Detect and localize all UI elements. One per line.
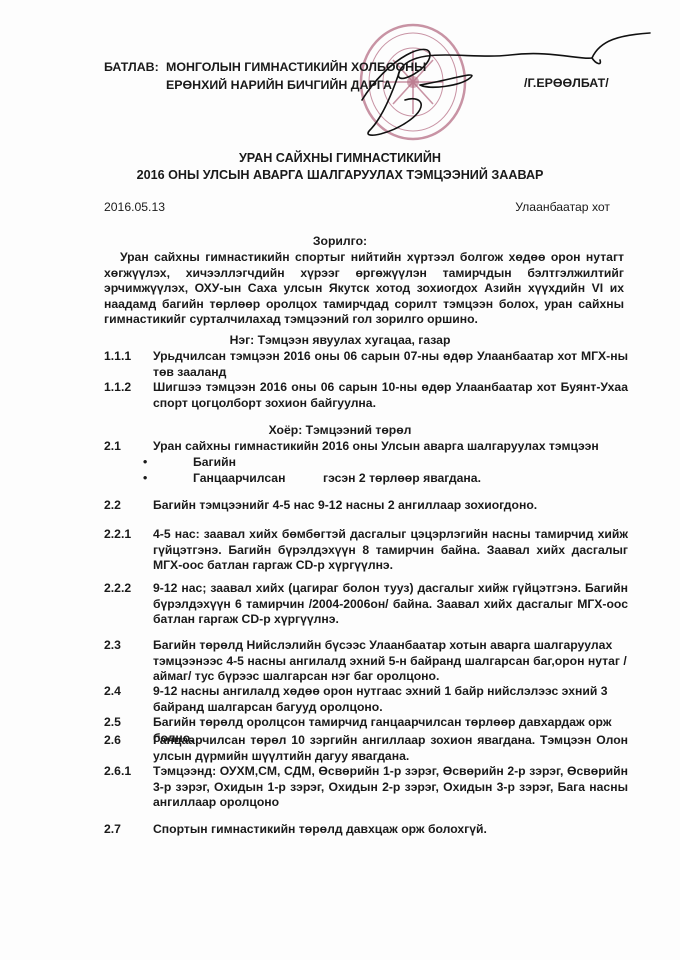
goal-text: Уран сайхны гимнастикийн спортыг нийтийн… (104, 250, 624, 328)
section2-item: 2.4 9-12 насны ангилалд хөдөө орон нутга… (104, 684, 628, 715)
type-bullet-list: • Багийн • Ганцаарчилсан гэсэн 2 төрлөөр… (143, 455, 481, 486)
section2-item: 2.6.1 Тэмцээнд: ОУХМ,СМ, СДМ, Өсвөрийн 1… (104, 764, 628, 811)
section1-item: 1.1.2 Шигшээ тэмцээн 2016 оны 06 сарын 1… (104, 380, 628, 411)
section2-item: 2.6 Ганцаарчилсан төрөл 10 зэргийн ангил… (104, 733, 628, 764)
section2-item: 2.2.1 4-5 нас: заавал хийх бөмбөгтэй дас… (104, 527, 628, 574)
signer-name: /Г.ЕРӨӨЛБАТ/ (524, 76, 609, 92)
section1-heading: Нэг: Тэмцээн явуулах хугацаа, газар (0, 333, 680, 349)
approve-label: БАТЛАВ: (104, 58, 166, 76)
goal-heading: Зорилго: (0, 234, 680, 250)
goal-paragraph: Уран сайхны гимнастикийн спортыг нийтийн… (104, 250, 624, 328)
document-title: УРАН САЙХНЫ ГИМНАСТИКИЙН 2016 ОНЫ УЛСЫН … (0, 150, 680, 184)
document-city: Улаанбаатар хот (515, 200, 610, 216)
section2-item: 2.7 Спортын гимнастикийн төрөлд давхцаж … (104, 822, 628, 838)
title-line2: 2016 ОНЫ УЛСЫН АВАРГА ШАЛГАРУУЛАХ ТЭМЦЭЭ… (0, 167, 680, 184)
section1-item: 1.1.1 Урьдчилсан тэмцээн 2016 оны 06 сар… (104, 349, 628, 380)
approver-line1: МОНГОЛЫН ГИМНАСТИКИЙН ХОЛБООНЫ (166, 60, 426, 74)
approval-block: БАТЛАВ:МОНГОЛЫН ГИМНАСТИКИЙН ХОЛБООНЫ ЕР… (104, 58, 426, 94)
bullet-item: • Ганцаарчилсан гэсэн 2 төрлөөр явагдана… (143, 471, 481, 487)
section2-item: 2.3 Багийн төрөлд Нийслэлийн бүсээс Улаа… (104, 638, 628, 685)
section2-item: 2.2 Багийн тэмцээнийг 4-5 нас 9-12 насны… (104, 498, 628, 514)
approver-line2: ЕРӨНХИЙ НАРИЙН БИЧГИЙН ДАРГА (104, 76, 426, 94)
document-date: 2016.05.13 (104, 200, 165, 216)
section2-item: 2.1 Уран сайхны гимнастикийн 2016 оны Ул… (104, 439, 628, 455)
title-line1: УРАН САЙХНЫ ГИМНАСТИКИЙН (0, 150, 680, 167)
section2-item: 2.2.2 9-12 нас; заавал хийх (цагираг бол… (104, 581, 628, 628)
bullet-item: • Багийн (143, 455, 481, 471)
section2-heading: Хоёр: Тэмцээний төрөл (0, 423, 680, 439)
